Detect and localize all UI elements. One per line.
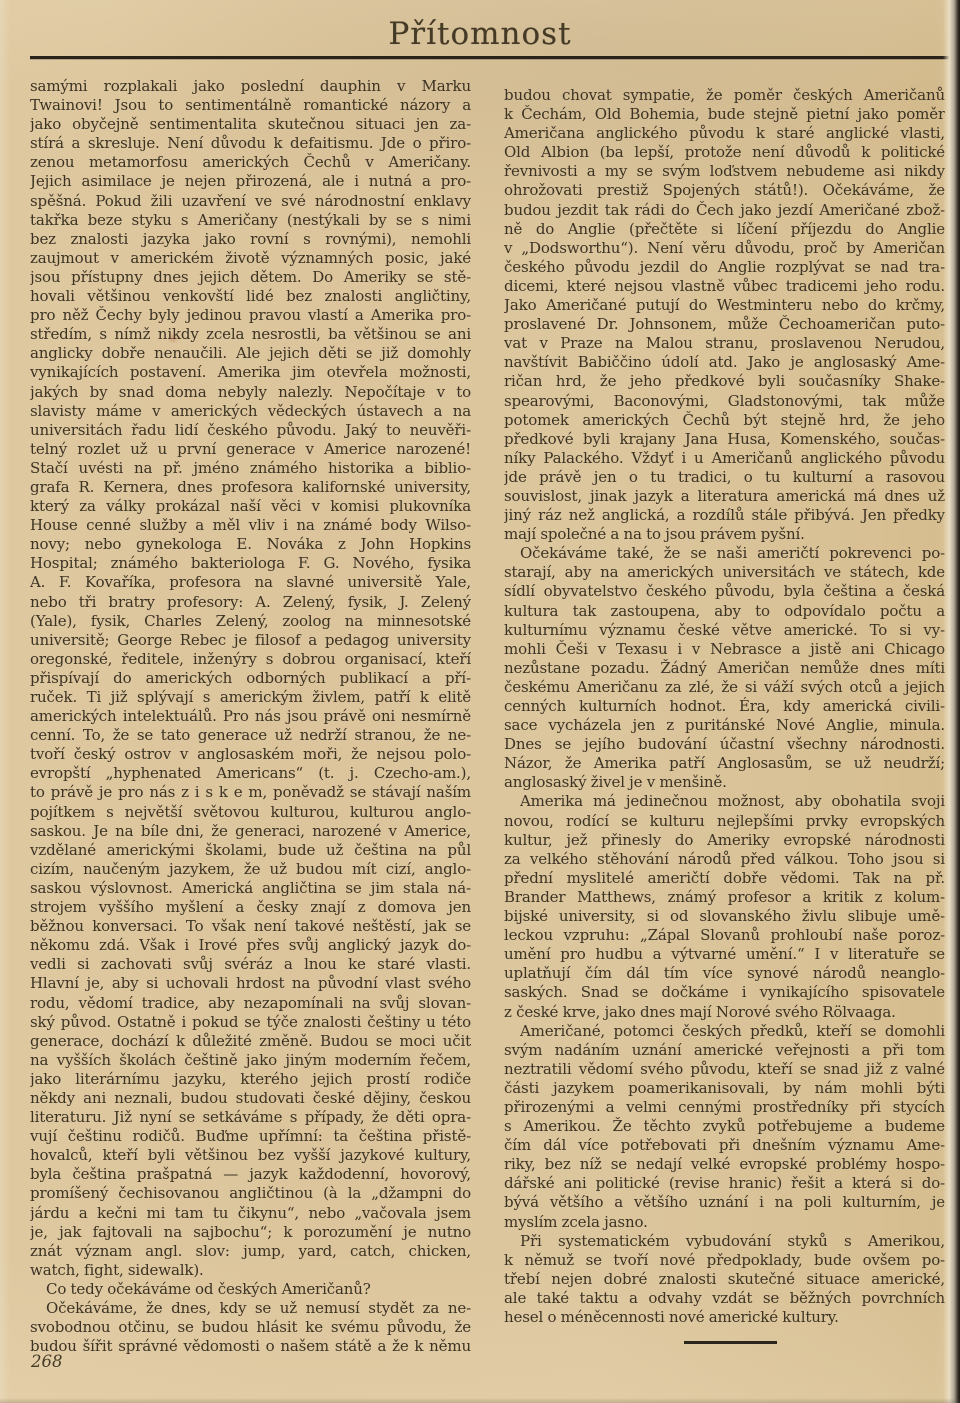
text-line: ruček. Ti již splývají s americkým živle…	[30, 688, 471, 707]
text-line: House cenné služby a měl vliv i na známé…	[30, 516, 471, 535]
text-line: v „Dodsworthu“). Není věru důvodu, proč …	[504, 239, 945, 258]
text-line: potomek amerických Čechů být stejně hrd,…	[504, 411, 945, 430]
text-line: umění pro hudbu a výtvarné umění.“ I v l…	[504, 945, 945, 964]
text-line: generace, dochází k důležité změně. Budo…	[30, 1032, 471, 1051]
text-line: dicemi, které nejsou vlastně vůbec tradi…	[504, 277, 945, 296]
text-line: části jazykem poamerikanisovali, by nám …	[504, 1079, 945, 1098]
text-line: Brander Matthews, známý profesor a kriti…	[504, 888, 945, 907]
text-line: českému Američanu za zlé, že si váží svý…	[504, 678, 945, 697]
text-line: jakých by snad doma nebyly nalezly. Nepo…	[30, 383, 471, 402]
text-line: Hospital; známého bakteriologa F. G. Nov…	[30, 554, 471, 573]
text-line: saských. Snad se dočkáme i vynikajícího …	[504, 983, 945, 1002]
text-line: vynikajících postavení. Amerika jim otev…	[30, 363, 471, 382]
text-line: předkové byli krajany Jana Husa, Komensk…	[504, 430, 945, 449]
text-line: je, jak fajtovali na sajbochu“; k porozu…	[30, 1223, 471, 1242]
text-line: járdu a kečni mi tam tu čikynu“, nebo „v…	[30, 1204, 471, 1223]
text-line: samými rozplakali jako poslední dauphin …	[30, 77, 471, 96]
text-line: na vyšších školách češtině jako jiným mo…	[30, 1051, 471, 1070]
text-line: mohli Češi v Texasu i v Nebrasce a jistě…	[504, 640, 945, 659]
text-line: jde právě jen o tu tradici, o tu kulturn…	[504, 468, 945, 487]
text-line: z české krve, jako dnes mají Norové svéh…	[504, 1003, 945, 1022]
text-line: k Čechám, Old Bohemia, bude stejně pietn…	[504, 105, 945, 124]
text-line: cenných kulturních hodnot. Éra, kdy amer…	[504, 697, 945, 716]
text-line: svobodnou otčinu, se budou hlásit ke své…	[30, 1318, 471, 1337]
text-line: budou chovat sympatie, že poměr českých …	[504, 86, 945, 105]
text-line: jiný ráz než anglická, a rozdílů stále p…	[504, 506, 945, 525]
text-line: starají, aby na amerických universitách …	[504, 563, 945, 582]
text-line: níky Palackého. Vždyť i u Američanů angl…	[504, 449, 945, 468]
text-line: jako literárnímu jazyku, kterého jejich …	[30, 1070, 471, 1089]
text-line: sace vycházela jen z puritánské Nové Ang…	[504, 716, 945, 735]
masthead-rule	[30, 56, 952, 59]
text-line: zaujmout v americkém životě významných p…	[30, 249, 471, 268]
article-end-divider	[684, 1341, 777, 1344]
text-line: evropští „hyphenated Americans“ (t. j. C…	[30, 764, 471, 783]
text-line: Očekáváme, že dnes, kdy se už nemusí sty…	[30, 1299, 471, 1318]
text-line: watch, fight, sidewalk).	[30, 1261, 471, 1280]
text-line: někomu zdá. Však i Irové přes svůj angli…	[30, 936, 471, 955]
text-line: Old Albion (ba lepší, protože není důvod…	[504, 143, 945, 162]
text-line: tvoří český ostrov v anglosaském moři, ž…	[30, 745, 471, 764]
text-line: který za války prokázal naší věci v komi…	[30, 497, 471, 516]
text-line: stírá a skresluje. Není důvodu k defaiti…	[30, 134, 471, 153]
text-line: hesel o méněcennosti nové americké kultu…	[504, 1308, 945, 1327]
text-line: znát význam angl. slov: jump, yard, catc…	[30, 1242, 471, 1261]
text-line: jako obyčejně sentimentalita skutečnou s…	[30, 115, 471, 134]
text-line: Co tedy očekáváme od českých Američanů?	[30, 1280, 471, 1299]
text-line: saskou. Je na bíle dni, že generaci, nar…	[30, 822, 471, 841]
text-line: souvislost, jinak jazyk a literatura ame…	[504, 487, 945, 506]
text-line: slavisty máme v amerických vědeckých úst…	[30, 402, 471, 421]
text-line: myslím zcela jasno.	[504, 1213, 945, 1232]
text-line: Jako Američané putují do Westminteru neb…	[504, 296, 945, 315]
text-line: zenou metamorfosu amerických Čechů v Ame…	[30, 153, 471, 172]
text-line: k němuž se tvoří nové předpoklady, bude …	[504, 1251, 945, 1270]
text-line: universitě; George Rebec je filosof a pe…	[30, 631, 471, 650]
text-line: pojítkem s největší světovou kulturou, k…	[30, 803, 471, 822]
text-line: spěšná. Pokud žili uzavření ve své národ…	[30, 192, 471, 211]
text-line: pro něž Čechy byly jedinou pravou vlastí…	[30, 306, 471, 325]
text-line: ohrožovati prestiž Spojených států!). Oč…	[504, 181, 945, 200]
masthead: Přítomnost	[0, 12, 960, 56]
text-line: (Yale), fysik, Charles Zelený, zoolog na…	[30, 612, 471, 631]
text-line: hovali většinou venkovští lidé bez znalo…	[30, 287, 471, 306]
text-line: grafa R. Kernera, dnes profesora kalifor…	[30, 478, 471, 497]
text-line: řevnivosti a my se svým loďstvem nebudem…	[504, 162, 945, 181]
text-line: běžnou konversaci. To však není takové n…	[30, 917, 471, 936]
text-line: universitách řadu lidí českého původu. J…	[30, 421, 471, 440]
text-line: hovalců, kteří byli většinou bez vyšší j…	[30, 1146, 471, 1165]
text-line: českého původu jezdil do Anglie rozplýva…	[504, 258, 945, 277]
text-line: přední myslitelé američtí dobře vědomi. …	[504, 869, 945, 888]
text-line: Američana anglického původu k staré angl…	[504, 124, 945, 143]
text-line: rodu, vědomí tradice, aby nezapomínali n…	[30, 994, 471, 1013]
text-line: literaturu. Již nyní se setkáváme s příp…	[30, 1108, 471, 1127]
text-line: někdy ani neznali, budou studovati české…	[30, 1089, 471, 1108]
text-line: oregonské, ředitele, inženýry s dobrou o…	[30, 650, 471, 669]
text-line: bývá většího a většího uznání i na poli …	[504, 1193, 945, 1212]
text-line: s Amerikou. Že těchto zvyků potřebujeme …	[504, 1117, 945, 1136]
text-line: mají společné a na to jsou právem pyšní.	[504, 525, 945, 544]
text-line: Stačí uvésti na př. jméno známého histor…	[30, 459, 471, 478]
text-line: dářské ani politické (revise hranic) řeš…	[504, 1174, 945, 1193]
text-line: A. F. Kovaříka, profesora na slavné univ…	[30, 573, 471, 592]
text-line: Při systematickém vybudování styků s Ame…	[504, 1232, 945, 1251]
text-line: vují češtinu rodičů. Buďme upřímní: ta č…	[30, 1127, 471, 1146]
text-line: budou jezdit tak rádi do Čech jako jezdí…	[504, 201, 945, 220]
text-line: přispívají do amerických odborných publi…	[30, 669, 471, 688]
text-line: Američané, potomci českých předků, kteří…	[504, 1022, 945, 1041]
text-line: proslavené Dr. Johnsonem, může Čechoamer…	[504, 315, 945, 334]
text-line: ale také taktu a odvahy vzdát se běžných…	[504, 1289, 945, 1308]
text-line: sídlí obyvatelstvo českého původu, byla …	[504, 582, 945, 601]
text-line: riky, bez níž se nedají velké evropské p…	[504, 1155, 945, 1174]
magazine-title: Přítomnost	[388, 16, 571, 52]
text-line: spearovými, Baconovými, Gladstonovými, t…	[504, 392, 945, 411]
text-line: ně do Anglie (přečtěte si líčení příjezd…	[504, 220, 945, 239]
text-line: vat v Praze na Malou stranu, proslavenou…	[504, 334, 945, 353]
scanned-magazine-page: Přítomnost samými rozplakali jako posled…	[0, 0, 960, 1403]
text-line: novou, rodící se kulturu nejlepšími prvk…	[504, 812, 945, 831]
text-line: svým nadáním uznání americké veřejnosti …	[504, 1041, 945, 1060]
text-line: promíšený čechisovanou angličtinou (à la…	[30, 1184, 471, 1203]
text-line: cizím, naučeným jazykem, že už budou mít…	[30, 860, 471, 879]
text-line: jsou přístupny dnes jejich dětem. Do Ame…	[30, 268, 471, 287]
text-line: Očekáváme také, že se naši američtí pokr…	[504, 544, 945, 563]
text-line: strojem vyššího myšlení a česky znají z …	[30, 898, 471, 917]
text-line: saskou výslovnost. Americká angličtina s…	[30, 879, 471, 898]
text-line: čím dál více potřebovati při dnešním výz…	[504, 1136, 945, 1155]
text-line: Dnes se jejího budování účastní všechny …	[504, 735, 945, 754]
text-line: amerických intelektuálů. Pro nás jsou pr…	[30, 707, 471, 726]
text-line: za velkého stěhování národů před válkou.…	[504, 850, 945, 869]
text-line: bijské university, si od slovanského živ…	[504, 907, 945, 926]
text-line: kulturnímu významu české větve americké.…	[504, 621, 945, 640]
text-line: Amerika má jedinečnou možnost, aby oboha…	[504, 792, 945, 811]
text-line: vzdělané americkými školami, bude už češ…	[30, 841, 471, 860]
text-line: středím, s nímž nikdy zcela nesrostli, b…	[30, 325, 471, 344]
right-text-column: budou chovat sympatie, že poměr českých …	[504, 86, 945, 1327]
text-line: byla čeština prašpatná — jazyk každodenn…	[30, 1165, 471, 1184]
left-text-column: samými rozplakali jako poslední dauphin …	[30, 77, 471, 1356]
text-line: kultura tak zastoupena, aby to odpovídal…	[504, 602, 945, 621]
text-line: neztratili vědomí svého původu, kteří se…	[504, 1060, 945, 1079]
text-line: uplatňují čím dál tím více synové národů…	[504, 964, 945, 983]
text-line: ričan hrd, že jeho předkové byli současn…	[504, 372, 945, 391]
text-line: novy; nebo gynekologa E. Nováka z John H…	[30, 535, 471, 554]
text-line: cenní. To, že se tato generace už nedrží…	[30, 726, 471, 745]
text-line: telný rozlet už u první generace v Ameri…	[30, 440, 471, 459]
text-line: Názor, že Amerika patří Anglosasům, se u…	[504, 754, 945, 773]
text-line: anglicky dobře nenaučili. Ale jejich dět…	[30, 344, 471, 363]
text-line: ský původ. Ostatně i pokud se týče znalo…	[30, 1013, 471, 1032]
page-bottom-edge	[0, 1398, 960, 1403]
text-line: nebo tři bratry profesory: A. Zelený, fy…	[30, 593, 471, 612]
page-number: 268	[31, 1352, 63, 1371]
text-line: navštívit Babiččino údolí atd. Jako je a…	[504, 353, 945, 372]
text-line: přirozenými a velmi cennými prostředníky…	[504, 1098, 945, 1117]
text-line: anglosaský živel je v menšině.	[504, 773, 945, 792]
text-line: třebí nejen dobré znalosti skutečné situ…	[504, 1270, 945, 1289]
text-line: budou šířit správné vědomosti o našem st…	[30, 1337, 471, 1356]
text-line: bez znalosti jazyka jako rovní s rovnými…	[30, 230, 471, 249]
book-gutter-shadow	[943, 0, 960, 1403]
text-line: Jejich asimilace je nejen přirozená, ale…	[30, 172, 471, 191]
text-line: vedli si zachovati svůj svéráz a lnou ke…	[30, 955, 471, 974]
text-line: to právě je pro nás z i s k e m, poněvad…	[30, 783, 471, 802]
text-line: nezůstane pozadu. Žádný Američan nemůže …	[504, 659, 945, 678]
text-line: leckou vzpruhu: „Zápal Slovanů prohloubí…	[504, 926, 945, 945]
text-line: takřka beze styku s Američany (nestýkali…	[30, 211, 471, 230]
text-line: Hlavní je, aby si uchovali hrdost na pův…	[30, 974, 471, 993]
text-line: Twainovi! Jsou to sentimentálně romantic…	[30, 96, 471, 115]
text-line: kultur, jež přinesly do Ameriky evropské…	[504, 831, 945, 850]
